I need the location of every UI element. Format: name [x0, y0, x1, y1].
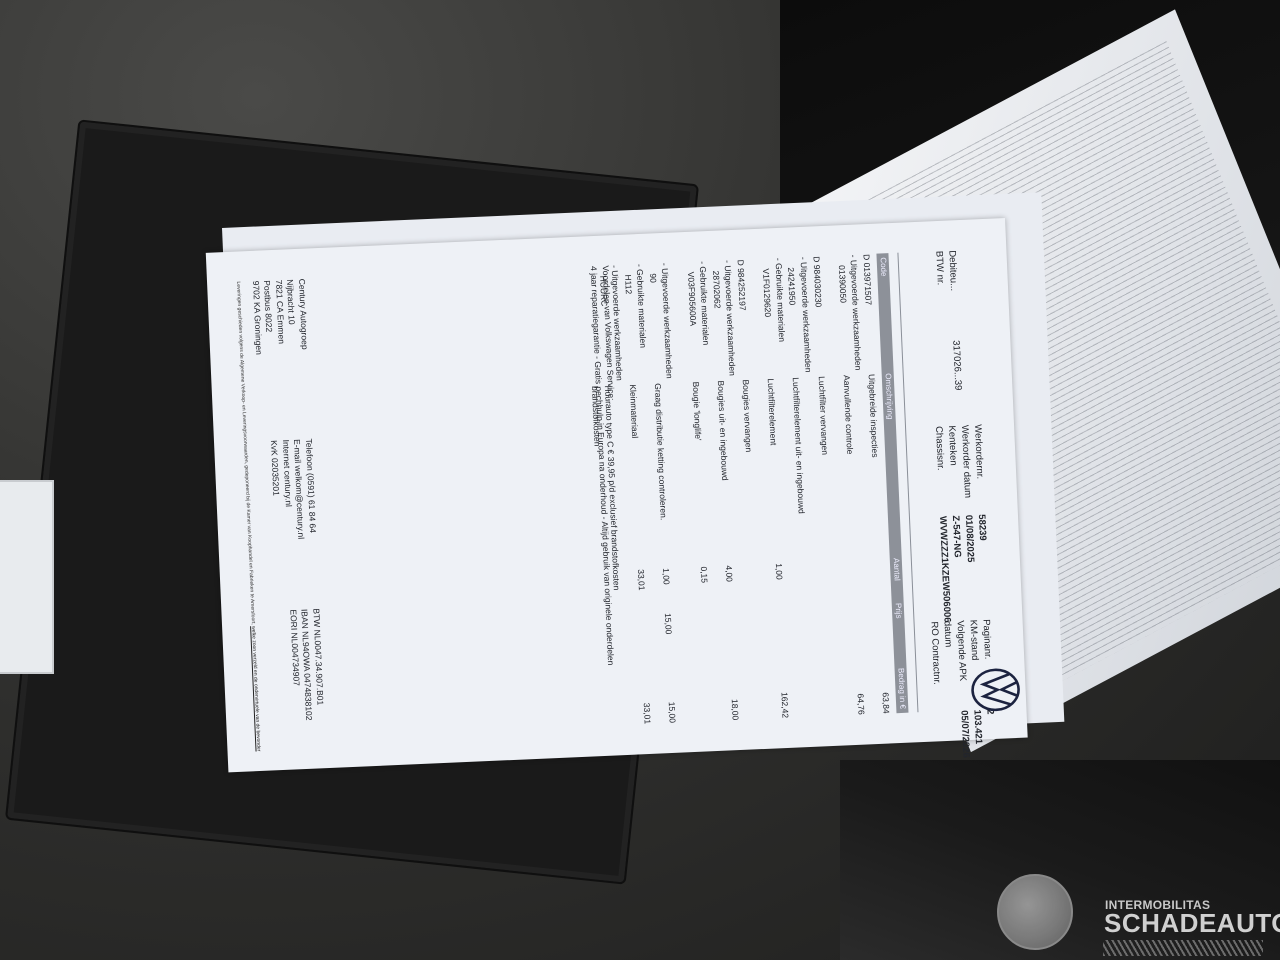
ro-contract-number	[931, 711, 944, 712]
cell-qty: 1,00	[773, 563, 786, 580]
cell-amt: 63,84	[879, 692, 893, 714]
cell-amt: 64,76	[854, 693, 868, 715]
invoice-lines: D 013971507Uitgebreide inspecties63,84- …	[583, 254, 892, 726]
cell-amt: 15,00	[665, 701, 679, 723]
column-price: Prijs	[892, 603, 905, 619]
cell-price: 15,00	[661, 613, 675, 635]
cell-code: 24241950	[784, 257, 799, 305]
dealer-contact: Telefoon (0591) 61 84 64E-mail welkom@ce…	[268, 438, 318, 540]
column-code: Code	[877, 257, 890, 277]
column-description: Omschrijving	[882, 373, 896, 420]
volkswagen-logo-icon	[969, 666, 1023, 714]
cell-amt: 162,42	[778, 692, 792, 719]
cell-qty: 1,00	[659, 568, 672, 585]
cell-code: 28702062	[709, 260, 724, 308]
dealer-registration: BTW NL0047.34.907.B01IBAN NL94OWA 047483…	[287, 608, 326, 721]
dealer-address: Century AutogroepNijbracht 107821 CA Emm…	[250, 279, 311, 356]
mileage: 103.421	[970, 709, 984, 744]
workorder-block: Werkordernr.58239 Werkorder datum01/08/2…	[932, 424, 993, 623]
cell-qty: 4,00	[722, 565, 735, 582]
cell-code: V1F0129620	[759, 258, 774, 317]
debtor-value: 317026...39	[949, 340, 964, 391]
cell-qty: 0,15	[697, 566, 710, 583]
cell-amt: 18,00	[728, 699, 742, 721]
cell-qty: 33,01	[634, 569, 648, 591]
watermark-tread-pattern	[1103, 940, 1263, 956]
workorder-date: 01/08/2025	[962, 515, 977, 563]
next-apk-date: 05/07/2026	[944, 710, 972, 759]
service-invoice: Debiteu...317026...39 BTW nr. Werkordern…	[206, 218, 1028, 772]
watermark-line2: SCHADEAUTOS.NL	[1104, 908, 1280, 939]
license-plate: Z-547-NG	[949, 515, 964, 558]
address-line: Century Autogroep	[295, 279, 310, 354]
cell-desc: Bougie 'longlife'	[689, 381, 704, 441]
cell-desc: Kleinmateriaal	[626, 384, 641, 438]
workorder-number: 58239	[975, 514, 989, 541]
cell-code: 01390050	[835, 255, 850, 303]
cell-code: D 013971507	[860, 254, 875, 306]
cell-code: 90	[646, 263, 659, 283]
watermark: INTERMOBILITAS SCHADEAUTOS.NL	[995, 868, 1280, 958]
cell-code: H112	[621, 264, 635, 294]
cell-code: D 984252197	[734, 259, 749, 311]
cell-amt: 33,01	[640, 703, 654, 725]
column-amount: Bedrag in €	[895, 668, 909, 709]
column-quantity: Aantal	[890, 558, 903, 581]
service-booklet	[0, 480, 54, 674]
cell-code: D 984030230	[810, 256, 825, 308]
debtor-block: Debiteu...317026...39 BTW nr.	[932, 250, 964, 391]
next-apk-label: Volgende APK datum	[941, 620, 971, 703]
terms-underlined: welke zoon verzeld en de ondervirtuele v…	[250, 626, 261, 752]
globe-europe-icon	[997, 874, 1073, 950]
invoice-header: Debiteu...317026...39 BTW nr. Werkordern…	[976, 249, 996, 709]
invoice-footer: Century AutogroepNijbracht 107821 CA Emm…	[307, 279, 327, 739]
